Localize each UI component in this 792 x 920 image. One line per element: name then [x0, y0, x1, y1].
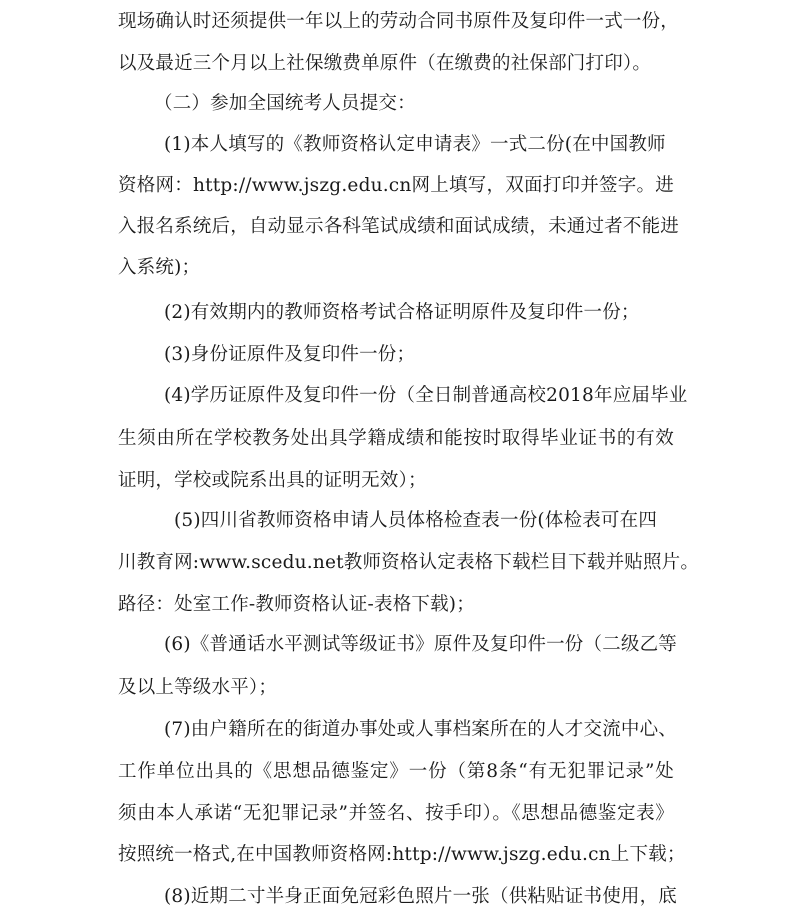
- list-item-4-line: 生须由所在学校教务处出具学籍成绩和能按时取得毕业证书的有效: [118, 418, 674, 460]
- list-item-2: (2)有效期内的教师资格考试合格证明原件及复印件一份；: [164, 292, 640, 334]
- list-item-6-line: (6)《普通话水平测试等级证书》原件及复印件一份（二级乙等: [164, 624, 677, 666]
- list-item-5-line: 川教育网:www.scedu.net教师资格认定表格下载栏目下载并贴照片。: [118, 542, 674, 584]
- list-item-1-line: 入系统)；: [118, 247, 200, 289]
- list-item-1-line: (1)本人填写的《教师资格认定申请表》一式二份(在中国教师: [164, 124, 666, 166]
- list-item-8-line: (8)近期二寸半身正面免冠彩色照片一张（供粘贴证书使用，底: [164, 876, 677, 918]
- list-item-3: (3)身份证原件及复印件一份；: [164, 334, 415, 376]
- list-item-1-line: 资格网：http://www.jszg.edu.cn网上填写，双面打印并签字。进: [118, 165, 674, 207]
- list-item-6-line: 及以上等级水平）；: [118, 667, 277, 709]
- list-item-7-line: 按照统一格式,在中国教师资格网:http://www.jszg.edu.cn上下…: [118, 834, 674, 876]
- list-item-5-line: (5)四川省教师资格申请人员体格检查表一份(体检表可在四: [174, 500, 657, 542]
- list-item-7-line: 工作单位出具的《思想品德鉴定》一份（第8条“有无犯罪记录”处: [118, 751, 674, 793]
- list-item-7-line: (7)由户籍所在的街道办事处或人事档案所在的人才交流中心、: [164, 709, 677, 751]
- list-item-4-line: (4)学历证原件及复印件一份（全日制普通高校2018年应届毕业: [164, 375, 688, 417]
- list-item-1-line: 入报名系统后，自动显示各科笔试成绩和面试成绩，未通过者不能进: [118, 206, 674, 248]
- section-heading: （二）参加全国统考人员提交：: [154, 83, 416, 125]
- list-item-7-line: 须由本人承诺“无犯罪记录”并签名、按手印）。《思想品德鉴定表》: [118, 793, 674, 835]
- list-item-4-line: 证明，学校或院系出具的证明无效）；: [118, 460, 427, 502]
- text-line: 现场确认时还须提供一年以上的劳动合同书原件及复印件一式一份，: [118, 1, 674, 43]
- text-line: 以及最近三个月以上社保缴费单原件（在缴费的社保部门打印）。: [118, 43, 651, 85]
- list-item-5-line: 路径：处室工作-教师资格认证-表格下载)；: [118, 584, 475, 626]
